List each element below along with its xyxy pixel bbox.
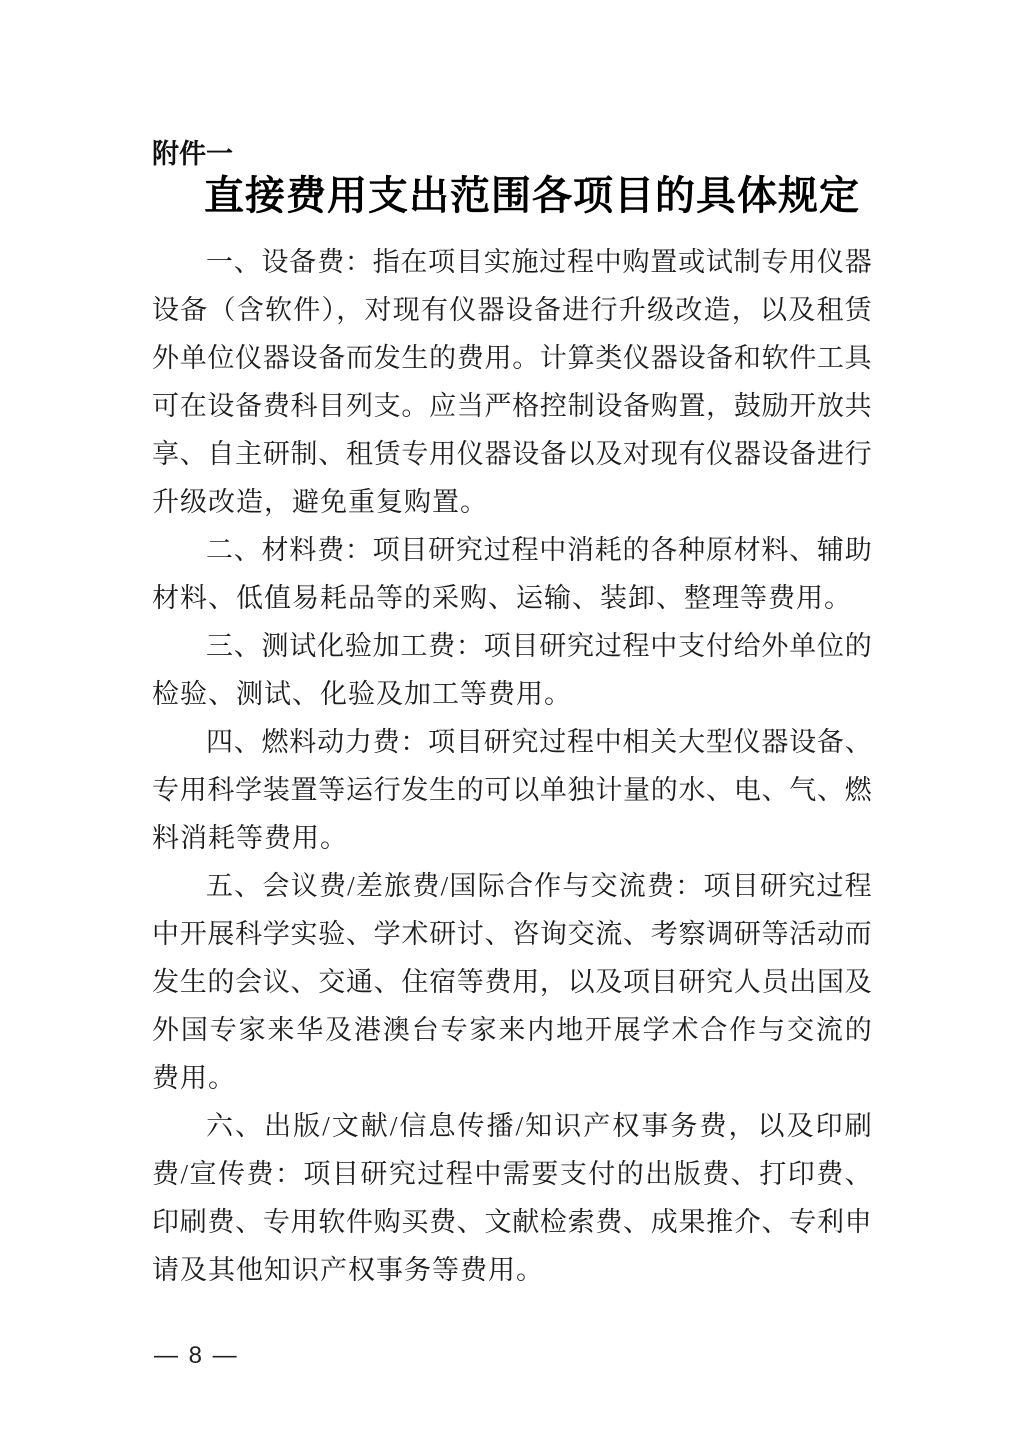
- body-line: 五、会议费/差旅费/国际合作与交流费：项目研究过程: [152, 862, 872, 910]
- body-line: 专用科学装置等运行发生的可以单独计量的水、电、气、燃: [152, 766, 872, 814]
- body-line: 检验、测试、化验及加工等费用。: [152, 670, 872, 718]
- body-line: 外国专家来华及港澳台专家来内地开展学术合作与交流的: [152, 1006, 872, 1054]
- body-line: 二、材料费：项目研究过程中消耗的各种原材料、辅助: [152, 526, 872, 574]
- body-line: 四、燃料动力费：项目研究过程中相关大型仪器设备、: [152, 718, 872, 766]
- attachment-label: 附件一: [152, 138, 233, 170]
- document-body: 一、设备费：指在项目实施过程中购置或试制专用仪器 设备（含软件），对现有仪器设备…: [152, 238, 872, 1294]
- page-title: 直接费用支出范围各项目的具体规定: [152, 172, 872, 220]
- body-line: 三、测试化验加工费：项目研究过程中支付给外单位的: [152, 622, 872, 670]
- document-page: 附件一 直接费用支出范围各项目的具体规定 一、设备费：指在项目实施过程中购置或试…: [0, 0, 1024, 1448]
- body-line: 请及其他知识产权事务等费用。: [152, 1246, 872, 1294]
- body-line: 升级改造，避免重复购置。: [152, 478, 872, 526]
- body-line: 费用。: [152, 1054, 872, 1102]
- body-line: 一、设备费：指在项目实施过程中购置或试制专用仪器: [152, 238, 872, 286]
- body-line: 发生的会议、交通、住宿等费用，以及项目研究人员出国及: [152, 958, 872, 1006]
- body-line: 材料、低值易耗品等的采购、运输、装卸、整理等费用。: [152, 574, 872, 622]
- body-line: 印刷费、专用软件购买费、文献检索费、成果推介、专利申: [152, 1198, 872, 1246]
- body-line: 设备（含软件），对现有仪器设备进行升级改造，以及租赁: [152, 286, 872, 334]
- body-line: 料消耗等费用。: [152, 814, 872, 862]
- body-line: 外单位仪器设备而发生的费用。计算类仪器设备和软件工具: [152, 334, 872, 382]
- page-number: — 8 —: [154, 1342, 239, 1370]
- body-line: 六、出版/文献/信息传播/知识产权事务费，以及印刷: [152, 1102, 872, 1150]
- body-line: 中开展科学实验、学术研讨、咨询交流、考察调研等活动而: [152, 910, 872, 958]
- body-line: 享、自主研制、租赁专用仪器设备以及对现有仪器设备进行: [152, 430, 872, 478]
- body-line: 可在设备费科目列支。应当严格控制设备购置，鼓励开放共: [152, 382, 872, 430]
- body-line: 费/宣传费：项目研究过程中需要支付的出版费、打印费、: [152, 1150, 872, 1198]
